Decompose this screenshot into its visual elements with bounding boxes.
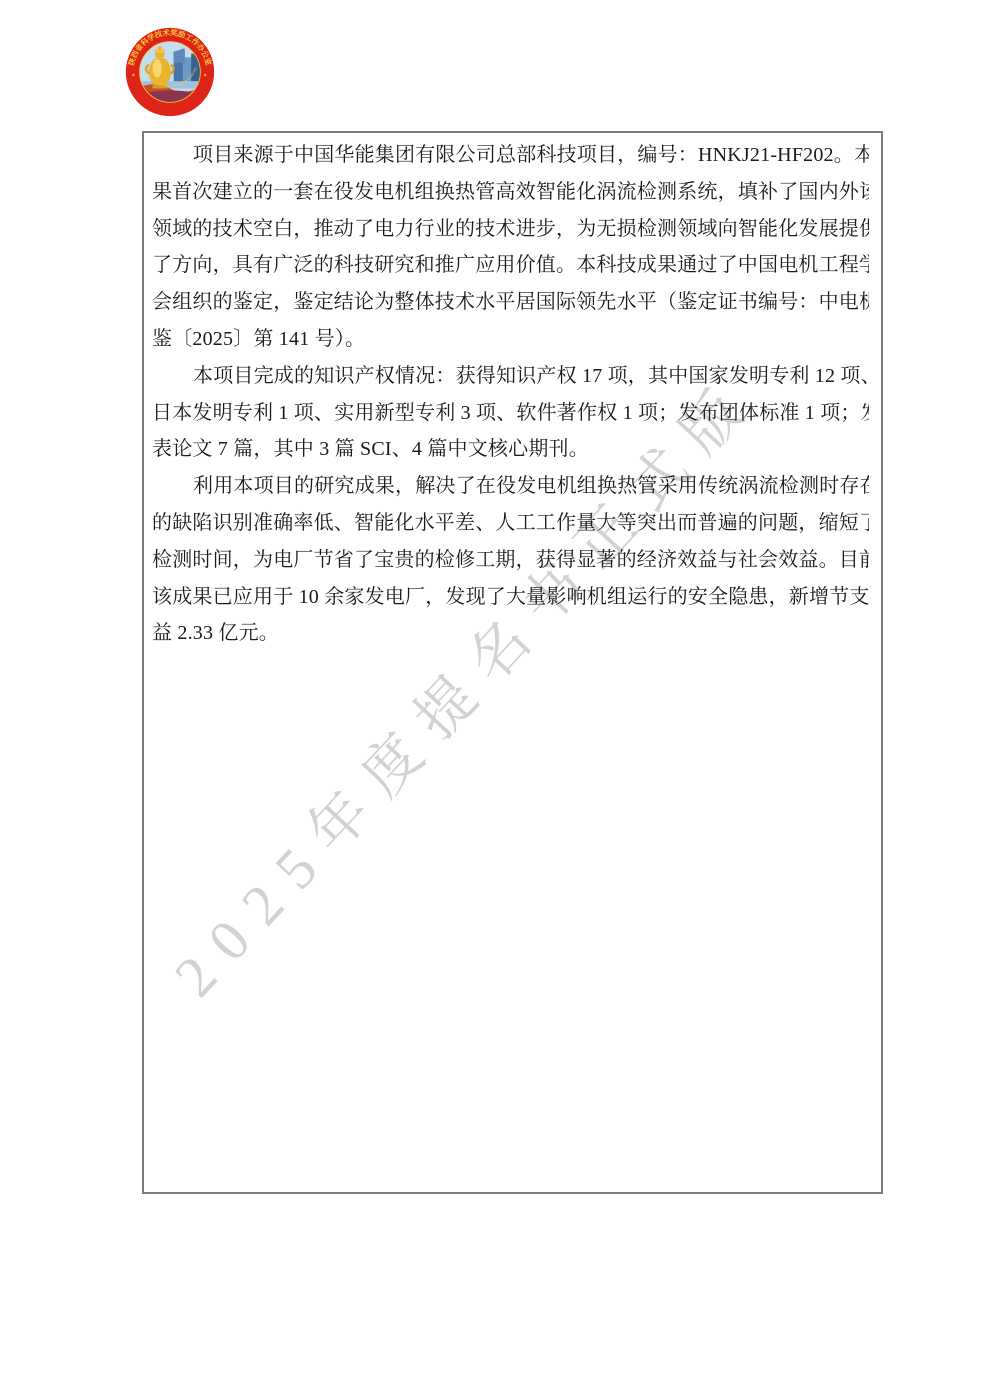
paragraph-line: 检测时间，为电厂节省了宝贵的检修工期，获得显著的经济效益与社会效益。目前， (152, 542, 869, 579)
award-office-seal-icon: 陕西省科学技术奖励工作办公室 Shaanxi Province Of Scien… (124, 26, 216, 118)
paragraph-line: 鉴〔2025〕第 141 号）。 (152, 321, 869, 358)
paragraph-line: 利用本项目的研究成果，解决了在役发电机组换热管采用传统涡流检测时存在 (152, 468, 869, 505)
paragraph-line: 该成果已应用于 10 余家发电厂，发现了大量影响机组运行的安全隐患，新增节支效 (152, 579, 869, 616)
document-page: 陕西省科学技术奖励工作办公室 Shaanxi Province Of Scien… (0, 0, 990, 1400)
paragraph-line: 日本发明专利 1 项、实用新型专利 3 项、软件著作权 1 项；发布团体标准 1… (152, 395, 869, 432)
paragraph-line: 了方向，具有广泛的科技研究和推广应用价值。本科技成果通过了中国电机工程学 (152, 247, 869, 284)
paragraph-line: 领域的技术空白，推动了电力行业的技术进步，为无损检测领域向智能化发展提供 (152, 211, 869, 248)
content-cell: 项目来源于中国华能集团有限公司总部科技项目，编号：HNKJ21-HF202。本成… (142, 131, 883, 1194)
paragraph-line: 项目来源于中国华能集团有限公司总部科技项目，编号：HNKJ21-HF202。本成 (152, 137, 869, 174)
paragraph-line: 益 2.33 亿元。 (152, 615, 869, 652)
paragraph-line: 果首次建立的一套在役发电机组换热管高效智能化涡流检测系统，填补了国内外该 (152, 174, 869, 211)
paragraph-line: 的缺陷识别准确率低、智能化水平差、人工工作量大等突出而普遍的问题，缩短了 (152, 505, 869, 542)
paragraph-line: 本项目完成的知识产权情况：获得知识产权 17 项，其中国家发明专利 12 项、 (152, 358, 869, 395)
paragraph-line: 会组织的鉴定，鉴定结论为整体技术水平居国际领先水平（鉴定证书编号：中电机 (152, 284, 869, 321)
paragraph-line: 表论文 7 篇，其中 3 篇 SCI、4 篇中文核心期刊。 (152, 431, 869, 468)
